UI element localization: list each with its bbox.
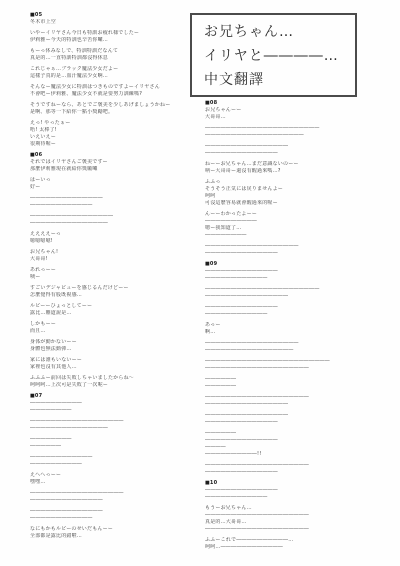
script-line: ―――――――――――――――― — [205, 412, 395, 419]
script-line: 家には誰もいないーー — [30, 357, 195, 364]
script-group: えへへっーー嘿嘿… — [30, 472, 195, 486]
script-line: 身體也無法動彈… — [30, 346, 195, 353]
script-line: ―――――――― — [205, 232, 395, 239]
script-line: ―――――――――――――― — [30, 497, 195, 504]
section-marker: ■06 — [30, 152, 195, 159]
script-line: ――――――――――!! — [205, 451, 395, 458]
section-marker: ■08 — [205, 100, 395, 107]
script-line: ―――――――――― — [30, 461, 195, 468]
script-line: 呵呵…―――――――――――― — [205, 544, 395, 551]
script-line: ―――――――――――――――――――― — [205, 365, 395, 372]
script-line: ねーーお兄ちゃん…まだ意識ないのーー — [205, 161, 395, 168]
script-line: すごいデジャビューを感じるんだけどーー — [30, 285, 195, 292]
script-line: ―――――― — [205, 383, 395, 390]
script-line: ええええーっ — [30, 231, 195, 238]
script-line: ―――――――――――――――― — [205, 401, 395, 408]
script-group: ■06それではイリヤさんご褒美ですー那麼伊莉雅現在就給你獎勵囉 — [30, 152, 195, 173]
script-line: そうですねーなら、あとでご褒美を少しあげましょうかねー — [30, 102, 195, 109]
doujin-title-line-1: お兄ちゃん… — [204, 20, 355, 44]
script-line: ―――――――――― — [205, 218, 395, 225]
script-left-column: ■05冬木市上空いやーイリヤさん今日も特訓お疲れ様でしたー伊莉雅ー今天的特訓也辛… — [30, 12, 195, 544]
script-line: えへへっーー — [30, 472, 195, 479]
script-group: ―――――――――――――― — [30, 436, 195, 450]
script-line: 身体が動かないーー — [30, 339, 195, 346]
script-line: しかもーー — [30, 321, 195, 328]
script-group: ―――――――――――――――――――――――――― — [30, 508, 195, 522]
script-line: お兄ちゃんーー — [205, 107, 395, 114]
script-line: ―――――――――――――― — [30, 195, 195, 202]
script-line: ――――――――――――――― — [30, 425, 195, 432]
section-marker: ■07 — [30, 393, 195, 400]
script-line: 全部都是露比的錯啦… — [30, 533, 195, 540]
script-line: はーいっ — [30, 177, 195, 184]
script-group: ――――――――――――――――――――――――――――――――― — [30, 418, 195, 432]
script-group: ―――――――――――――――――――――――――――――― — [205, 143, 395, 157]
script-line: ―――――――― — [30, 407, 195, 414]
script-group: ふふっそうそう正気には戻りませんよー呵呵可沒這麼容易就會醒過來的喔ー — [205, 179, 395, 207]
script-line: 那麼伊莉雅現在就給你獎勵囉 — [30, 166, 195, 173]
script-line: ――――――――――――――――――― — [205, 132, 395, 139]
script-line: 好ー — [30, 184, 195, 191]
script-line: あっー — [205, 322, 395, 329]
script-line: 露比…難道說是… — [30, 310, 195, 317]
section-marker: ■10 — [205, 480, 395, 487]
script-group: ――――――――――――――――――――――――――――――――――!! — [205, 430, 395, 458]
script-line: ―――――――――――――――――――― — [205, 462, 395, 469]
script-line: ―――――――――――――― — [30, 508, 195, 515]
script-line: ―――――――――――― — [30, 454, 195, 461]
script-line: 呵呵呵…上次可是失敗了一次呢ー — [30, 382, 195, 389]
script-line: ―――――――――――――― — [205, 304, 395, 311]
script-line: 大哥哥! — [30, 256, 195, 263]
section-marker: ■05 — [30, 12, 195, 19]
script-line: ―――――――――――――――――――――――― — [205, 358, 395, 365]
script-line: んーーわかったよーー — [205, 211, 395, 218]
script-line: ―――――――――――――――― — [205, 293, 395, 300]
script-group: ねーーお兄ちゃん…まだ意識ないのーー吶ー大哥哥ー還沒有醒過來嗎…? — [205, 161, 395, 175]
script-line: ―――――――――――――― — [205, 250, 395, 257]
script-line: ―――――――― — [30, 436, 195, 443]
script-line: ―――――――――――――― — [205, 419, 395, 426]
script-line: もうーお兄ちゃん… — [205, 505, 395, 512]
script-line: ―――――――――――――――――――― — [205, 526, 395, 533]
script-line: そうそう正気には戻りませんよー — [205, 186, 395, 193]
script-line: ――――――――――――――― — [30, 220, 195, 227]
script-group: えっ! やったぁー唔! 太棒了!いえいえー很期待喔ー — [30, 120, 195, 148]
script-group: これじゃぁ…ブラック魔法少女だよー這樣子真的是…血汗魔法少女啊… — [30, 66, 195, 80]
script-line: いやーイリヤさん今日も特訓お疲れ様でしたー — [30, 30, 195, 37]
script-group: ―――――――――――――――――――――――――――――――――――― — [205, 394, 395, 408]
script-line: ―――――――――――― — [30, 515, 195, 522]
script-line: 真是的…大哥哥… — [205, 519, 395, 526]
script-line: ―――――――――――――――――― — [30, 418, 195, 425]
script-line: 不會吧ー伊莉雅、魔法少女不就是要努力訓練嗎? — [30, 91, 195, 98]
script-line: ―――――――――――――― — [205, 487, 395, 494]
script-line: ―――――――――――――――――― — [205, 243, 395, 250]
script-line: ―――――――――――― — [205, 275, 395, 282]
script-right-column: ■08お兄ちゃんーー大哥哥…――――――――――――――――――――――――――… — [205, 100, 395, 555]
script-line: ―――――――――――――― — [205, 150, 395, 157]
script-group: ■09―――――――――――――――――――――――――― — [205, 261, 395, 282]
script-group: ふふふー前回は失敗しちゃいましたからね〜呵呵呵…上次可是失敗了一次呢ー — [30, 375, 195, 389]
script-line: 真是的…一直特訓特訓都沒得休息 — [30, 55, 195, 62]
script-group: あれっーー咦ー — [30, 267, 195, 281]
script-group: ――――――――――――――――――――――――――――――――――――――――… — [205, 358, 395, 372]
script-line: ―――――― — [205, 376, 395, 383]
script-line: ―――――――――――― — [205, 494, 395, 501]
script-line: ふふーこれで――――――――――… — [205, 537, 395, 544]
script-line: ―――――――――――――――――――― — [205, 394, 395, 401]
script-line: これじゃぁ…ブラック魔法少女だよー — [30, 66, 195, 73]
script-group: もうーお兄ちゃん…――――――――――――――――――――真是的…大哥哥…―――… — [205, 505, 395, 533]
script-line: ―――――― — [30, 443, 195, 450]
script-group: ―――――――――――――――――――――― — [30, 454, 195, 468]
script-group: ルビーーひょっとしてーー露比…難道說是… — [30, 303, 195, 317]
script-line: 伊莉雅ー今天的特訓也辛苦你囉… — [30, 37, 195, 44]
script-line: ―――――――――――――――― — [205, 143, 395, 150]
script-line: ――――――――――――――――― — [205, 347, 395, 354]
script-line: もーっ休みなしで、特訓特訓だなんて — [30, 48, 195, 55]
doujin-title-line-2: イリヤと――――… — [204, 44, 355, 68]
script-line: 怎麼覺得有股既視感… — [30, 292, 195, 299]
script-line: 可沒這麼容易就會醒過來的喔ー — [205, 200, 395, 207]
script-line: ―――――――――――――――――――――― — [205, 125, 395, 132]
script-group: はーいっ好ー — [30, 177, 195, 191]
script-line: えっ! やったぁー — [30, 120, 195, 127]
script-line: ―――――――――――――― — [205, 437, 395, 444]
script-line: ―――――――――――――――――― — [205, 340, 395, 347]
script-group: ―――――――――――――――――――――――――― — [205, 304, 395, 318]
script-line: あれっーー — [30, 267, 195, 274]
script-group: お兄ちゃん!大哥哥! — [30, 249, 195, 263]
script-group: ■07―――――――――――――――――― — [30, 393, 195, 414]
script-line: ―――――――――――――― — [205, 469, 395, 476]
script-line: いえいえー — [30, 134, 195, 141]
script-line: ―――― — [205, 444, 395, 451]
script-line: 而且… — [30, 328, 195, 335]
script-line: ―――――――――――――― — [205, 268, 395, 275]
script-group: なにもかもルビーのせいだもんーー全部都是露比的錯啦… — [30, 526, 195, 540]
script-group: ―――――――――――――――――――――――――――――――― — [205, 243, 395, 257]
script-line: お兄ちゃん! — [30, 249, 195, 256]
script-line: ―――――――――――――――――――― — [205, 512, 395, 519]
script-group: ―――――――――――――――――――――――――――――――――――――― — [205, 286, 395, 300]
script-group: ■10―――――――――――――――――――――――――― — [205, 480, 395, 501]
script-line: ―――――― — [205, 430, 395, 437]
script-group: ―――――――――――――――――――――――――――――――――― — [205, 462, 395, 476]
script-line: ―――――――――――――――――― — [30, 490, 195, 497]
script-group: ―――――――――――――――――――――――――――――― — [205, 412, 395, 426]
script-group: 家には誰もいないーー家裡也沒有其他人… — [30, 357, 195, 371]
script-line: 這樣子真的是…血汗魔法少女啊… — [30, 73, 195, 80]
script-group: いやーイリヤさん今日も特訓お疲れ様でしたー伊莉雅ー今天的特訓也辛苦你囉… — [30, 30, 195, 44]
script-group: そんなー魔法少女に特訓はつきものですよーイリヤさん不會吧ー伊莉雅、魔法少女不就是… — [30, 84, 195, 98]
script-group: あっー啊… — [205, 322, 395, 336]
script-group: すごいデジャビューを感じるんだけどーー怎麼覺得有股既視感… — [30, 285, 195, 299]
script-line: ―――――――――――――――― — [30, 213, 195, 220]
script-line: 唔! 太棒了! — [30, 127, 195, 134]
script-group: もーっ休みなしで、特訓特訓だなんて真是的…一直特訓特訓都沒得休息 — [30, 48, 195, 62]
script-group: ――――――――――――――――――――――――――――――― — [30, 213, 195, 227]
script-line: 啊… — [205, 329, 395, 336]
script-line: ルビーーひょっとしてーー — [30, 303, 195, 310]
script-line: 嘿嘿… — [30, 479, 195, 486]
script-line: ふふっ — [205, 179, 395, 186]
script-line: 冬木市上空 — [30, 19, 195, 26]
script-line: ―――――――――――――――――――――― — [205, 286, 395, 293]
script-line: ―――――――――――― — [30, 202, 195, 209]
script-group: ふふーこれで――――――――――…呵呵…―――――――――――― — [205, 537, 395, 551]
scanned-script-page: お兄ちゃん… イリヤと――――… 中文翻譯 ■05冬木市上空いやーイリヤさん今日… — [0, 0, 400, 566]
script-line: 嗯ー我知道了… — [205, 225, 395, 232]
script-group: ―――――――――――― — [205, 376, 395, 390]
section-marker: ■09 — [205, 261, 395, 268]
script-group: ――――――――――――――――――――――――――――――――――――――――… — [205, 125, 395, 139]
script-group: ええええーっ噫噫噫噫! — [30, 231, 195, 245]
script-group: ―――――――――――――――――――――――――――――――― — [30, 490, 195, 504]
script-line: 吶ー大哥哥ー還沒有醒過來嗎…? — [205, 168, 395, 175]
script-line: ふふふー前回は失敗しちゃいましたからね〜 — [30, 375, 195, 382]
script-group: 身体が動かないーー身體也無法動彈… — [30, 339, 195, 353]
script-group: そうですねーなら、あとでご褒美を少しあげましょうかねー是啊、那等一下給你一點小獎… — [30, 102, 195, 116]
script-group: ■05冬木市上空 — [30, 12, 195, 26]
script-group: しかもーー而且… — [30, 321, 195, 335]
script-group: ―――――――――――――――――――――――――― — [30, 195, 195, 209]
script-line: 呵呵 — [205, 193, 395, 200]
script-line: 家裡也沒有其他人… — [30, 364, 195, 371]
script-group: ――――――――――――――――――――――――――――――――――― — [205, 340, 395, 354]
script-line: それではイリヤさんご褒美ですー — [30, 159, 195, 166]
script-line: 咦ー — [30, 274, 195, 281]
script-line: なにもかもルビーのせいだもんーー — [30, 526, 195, 533]
script-line: そんなー魔法少女に特訓はつきものですよーイリヤさん — [30, 84, 195, 91]
script-line: 是啊、那等一下給你一點小獎勵吧。 — [30, 109, 195, 116]
script-line: ―――――――――――― — [205, 311, 395, 318]
script-line: 很期待喔ー — [30, 141, 195, 148]
doujin-title-line-3: 中文翻譯 — [204, 68, 355, 92]
script-line: 大哥哥… — [205, 114, 395, 121]
script-line: ―――――――――― — [30, 400, 195, 407]
script-group: んーーわかったよーー――――――――――嗯ー我知道了…―――――――― — [205, 211, 395, 239]
script-group: ■08お兄ちゃんーー大哥哥… — [205, 100, 395, 121]
script-line: 噫噫噫噫! — [30, 238, 195, 245]
doujin-title-box: お兄ちゃん… イリヤと――――… 中文翻譯 — [190, 13, 357, 97]
